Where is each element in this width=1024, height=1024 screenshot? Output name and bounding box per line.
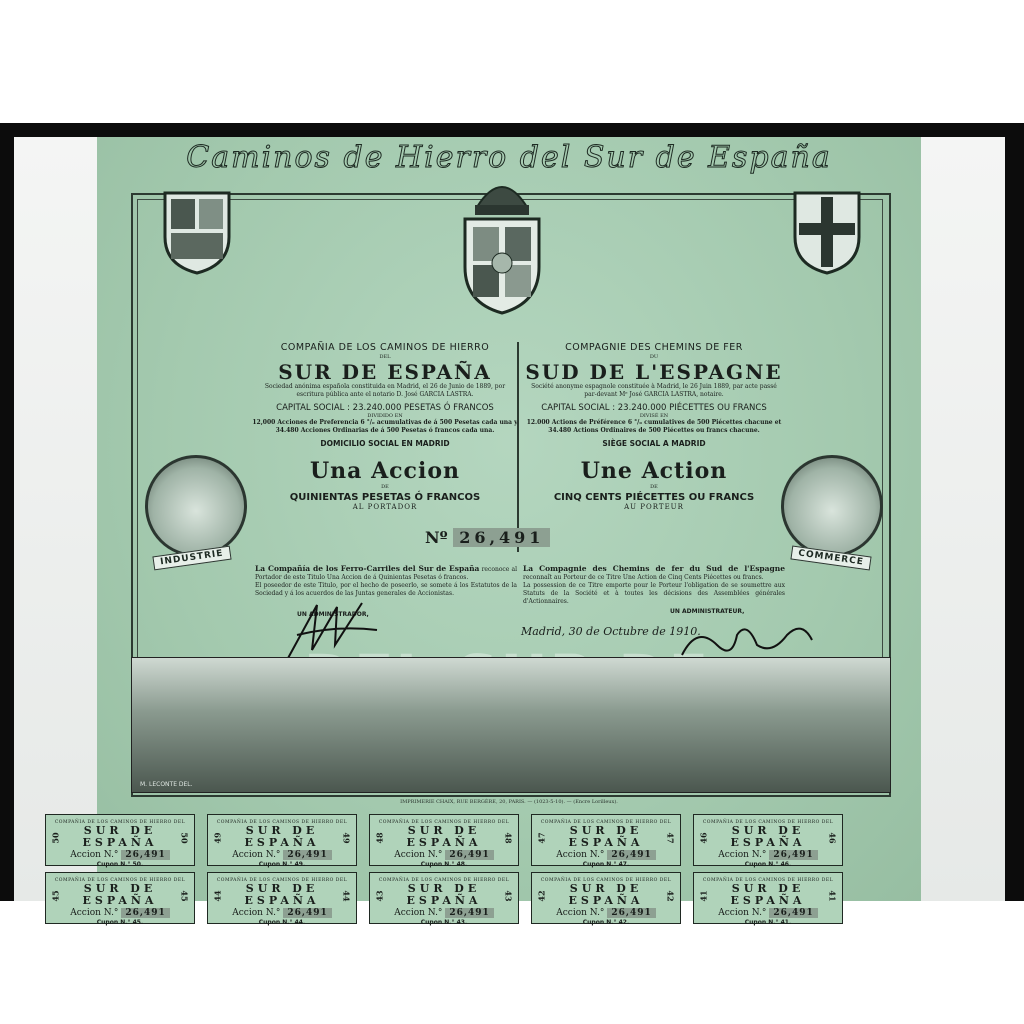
spanish-text-column: COMPAÑIA DE LOS CAMINOS DE HIERRO DEL SU… bbox=[250, 342, 520, 511]
coupon-side-number-right: 47 bbox=[665, 832, 675, 843]
printer-imprint: IMPRIMERIE CHAIX, RUE BERGÈRE, 20, PARIS… bbox=[97, 799, 921, 805]
certificate-green-panel: Caminos de Hierro del Sur de España bbox=[97, 137, 921, 901]
administrator-label-fr: UN ADMINISTRATEUR, bbox=[670, 608, 744, 615]
coupon-company-name: SUR DE ESPAÑA bbox=[370, 825, 518, 849]
coupon-company-name: SUR DE ESPAÑA bbox=[46, 825, 194, 849]
share-title-fr: Une Action bbox=[519, 458, 789, 484]
coupon-company-name: SUR DE ESPAÑA bbox=[46, 883, 194, 907]
coupon-number: Cupon N.° 42. bbox=[532, 919, 680, 926]
coupon-number: Cupon N.° 47. bbox=[532, 861, 680, 868]
incorporation-fr: Société anonyme espagnole constituée à M… bbox=[519, 383, 789, 399]
coupon-side-number-right: 41 bbox=[827, 890, 837, 901]
dividend-coupon: COMPAÑIA DE LOS CAMINOS DE HIERRO DEL SU… bbox=[693, 872, 843, 924]
coupon-action-number: Accion N.° 26,491 bbox=[532, 849, 680, 861]
commerce-vignette bbox=[781, 455, 883, 557]
coupon-side-number-left: 48 bbox=[375, 832, 385, 843]
coupon-side-number-left: 43 bbox=[375, 890, 385, 901]
legal-text-es: La Compañía de los Ferro-Carriles del Su… bbox=[255, 565, 517, 598]
coupon-action-number: Accion N.° 26,491 bbox=[46, 907, 194, 919]
legal-lead-fr: La Compagnie des Chemins de fer du Sud d… bbox=[523, 564, 785, 573]
coat-of-arms-left-icon bbox=[157, 187, 237, 277]
company-line-fr: COMPAGNIE DES CHEMINS DE FER bbox=[519, 342, 789, 353]
dividend-coupon: COMPAÑIA DE LOS CAMINOS DE HIERRO DEL SU… bbox=[45, 872, 195, 924]
number-prefix: Nº bbox=[425, 528, 448, 547]
coupon-number: Cupon N.° 48. bbox=[370, 861, 518, 868]
dividend-coupon: COMPAÑIA DE LOS CAMINOS DE HIERRO DEL SU… bbox=[369, 872, 519, 924]
coupon-side-number-right: 45 bbox=[179, 890, 189, 901]
engraver-credit: M. LECONTE DEL. bbox=[140, 781, 193, 788]
french-text-column: COMPAGNIE DES CHEMINS DE FER DU SUD DE L… bbox=[519, 342, 789, 511]
company-name-fr: SUD DE L'ESPAGNE bbox=[519, 361, 789, 383]
number-value: 26,491 bbox=[453, 528, 550, 547]
coupon-action-number: Accion N.° 26,491 bbox=[532, 907, 680, 919]
coupon-number: Cupon N.° 45. bbox=[46, 919, 194, 926]
coupon-action-number: Accion N.° 26,491 bbox=[208, 907, 356, 919]
coupon-side-number-left: 50 bbox=[51, 832, 61, 843]
coupon-action-number: Accion N.° 26,491 bbox=[46, 849, 194, 861]
coupon-side-number-left: 47 bbox=[537, 832, 547, 843]
company-line-es: COMPAÑIA DE LOS CAMINOS DE HIERRO bbox=[250, 342, 520, 353]
coupon-number: Cupon N.° 43. bbox=[370, 919, 518, 926]
coat-of-arms-right-icon bbox=[787, 187, 867, 277]
coupon-number: Cupon N.° 49. bbox=[208, 861, 356, 868]
coupon-action-number: Accion N.° 26,491 bbox=[694, 907, 842, 919]
coupon-number: Cupon N.° 50. bbox=[46, 861, 194, 868]
coupon-company-name: SUR DE ESPAÑA bbox=[694, 825, 842, 849]
company-name-es: SUR DE ESPAÑA bbox=[250, 361, 520, 383]
coupon-side-number-right: 44 bbox=[341, 890, 351, 901]
coupon-side-number-right: 42 bbox=[665, 890, 675, 901]
bearer-fr: AU PORTEUR bbox=[519, 503, 789, 511]
legal-para1-fr: reconnaît au Porteur de ce Titre Une Act… bbox=[523, 574, 764, 581]
coupon-action-number: Accion N.° 26,491 bbox=[370, 907, 518, 919]
share-value-fr: CINQ CENTS PIÉCETTES OU FRANCS bbox=[519, 492, 789, 503]
coupon-side-number-left: 45 bbox=[51, 890, 61, 901]
royal-crest-icon bbox=[447, 167, 557, 317]
coupon-side-number-right: 49 bbox=[341, 832, 351, 843]
de-label-fr: DE bbox=[519, 484, 789, 490]
industry-vignette bbox=[145, 455, 247, 557]
coupon-number: Cupon N.° 41. bbox=[694, 919, 842, 926]
coupon-side-number-right: 50 bbox=[179, 832, 189, 843]
legal-lead-es: La Compañía de los Ferro-Carriles del Su… bbox=[255, 564, 479, 573]
coupon-side-number-left: 44 bbox=[213, 890, 223, 901]
coupon-company-name: SUR DE ESPAÑA bbox=[694, 883, 842, 907]
dividend-coupon: COMPAÑIA DE LOS CAMINOS DE HIERRO DEL SU… bbox=[207, 872, 357, 924]
bearer-es: AL PORTADOR bbox=[250, 503, 520, 511]
dividend-coupon: COMPAÑIA DE LOS CAMINOS DE HIERRO DEL SU… bbox=[207, 814, 357, 866]
coupon-side-number-right: 46 bbox=[827, 832, 837, 843]
dividend-coupon: COMPAÑIA DE LOS CAMINOS DE HIERRO DEL SU… bbox=[531, 814, 681, 866]
incorporation-es: Sociedad anónima española constituida en… bbox=[250, 383, 520, 399]
coupon-action-number: Accion N.° 26,491 bbox=[208, 849, 356, 861]
dividend-coupon: COMPAÑIA DE LOS CAMINOS DE HIERRO DEL SU… bbox=[693, 814, 843, 866]
dividend-coupon: COMPAÑIA DE LOS CAMINOS DE HIERRO DEL SU… bbox=[531, 872, 681, 924]
domicile-es: DOMICILIO SOCIAL EN MADRID bbox=[250, 439, 520, 448]
coupon-side-number-left: 49 bbox=[213, 832, 223, 843]
certificate-number: Nº 26,491 bbox=[425, 528, 550, 547]
signature-left-icon bbox=[277, 595, 387, 665]
dividend-coupon: COMPAÑIA DE LOS CAMINOS DE HIERRO DEL SU… bbox=[369, 814, 519, 866]
legal-text-fr: La Compagnie des Chemins de fer du Sud d… bbox=[523, 565, 785, 606]
coupon-number: Cupon N.° 46. bbox=[694, 861, 842, 868]
issue-date: Madrid, 30 de Octubre de 1910. bbox=[521, 625, 701, 638]
coupon-company-name: SUR DE ESPAÑA bbox=[370, 883, 518, 907]
coupon-company-name: SUR DE ESPAÑA bbox=[208, 825, 356, 849]
railway-landscape-engraving: M. LECONTE DEL. bbox=[131, 657, 891, 793]
coupon-action-number: Accion N.° 26,491 bbox=[694, 849, 842, 861]
coupon-side-number-right: 43 bbox=[503, 890, 513, 901]
domicile-fr: SIÈGE SOCIAL A MADRID bbox=[519, 439, 789, 448]
coupon-side-number-left: 46 bbox=[699, 832, 709, 843]
coupon-company-name: SUR DE ESPAÑA bbox=[532, 883, 680, 907]
coupon-side-number-right: 48 bbox=[503, 832, 513, 843]
photo-background: Caminos de Hierro del Sur de España bbox=[0, 123, 1024, 901]
coupon-company-name: SUR DE ESPAÑA bbox=[208, 883, 356, 907]
share-value-es: QUINIENTAS PESETAS Ó FRANCOS bbox=[250, 492, 520, 503]
coupon-company-name: SUR DE ESPAÑA bbox=[532, 825, 680, 849]
bond-certificate: Caminos de Hierro del Sur de España bbox=[14, 137, 1005, 901]
coupon-action-number: Accion N.° 26,491 bbox=[370, 849, 518, 861]
coupon-side-number-left: 42 bbox=[537, 890, 547, 901]
coupon-side-number-left: 41 bbox=[699, 890, 709, 901]
de-label-es: DE bbox=[250, 484, 520, 490]
coupon-number: Cupon N.° 44. bbox=[208, 919, 356, 926]
shares-es: 12,000 Acciones de Preferencia 6 °/ₒ acu… bbox=[250, 419, 520, 435]
capital-es: CAPITAL SOCIAL : 23.240.000 PESETAS Ó FR… bbox=[250, 403, 520, 413]
capital-fr: CAPITAL SOCIAL : 23.240.000 PIÉCETTES OU… bbox=[519, 403, 789, 413]
dividend-coupon: COMPAÑIA DE LOS CAMINOS DE HIERRO DEL SU… bbox=[45, 814, 195, 866]
legal-para2-fr: La possession de ce Titre emporte pour l… bbox=[523, 582, 785, 605]
shares-fr: 12.000 Actions de Préférence 6 °/ₒ cumul… bbox=[519, 419, 789, 435]
share-title-es: Una Accion bbox=[250, 458, 520, 484]
